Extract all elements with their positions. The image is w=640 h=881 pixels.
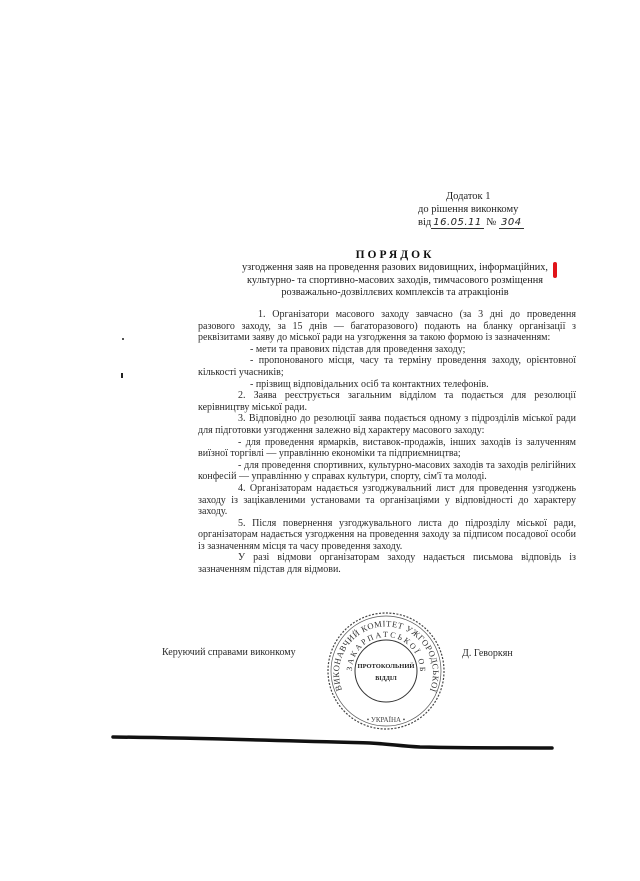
scan-speck	[121, 373, 123, 378]
bottom-rule-line	[0, 0, 640, 881]
scan-speck	[122, 338, 124, 340]
scanned-document-page: Додаток 1 до рішення виконкому від16.05.…	[0, 0, 640, 881]
